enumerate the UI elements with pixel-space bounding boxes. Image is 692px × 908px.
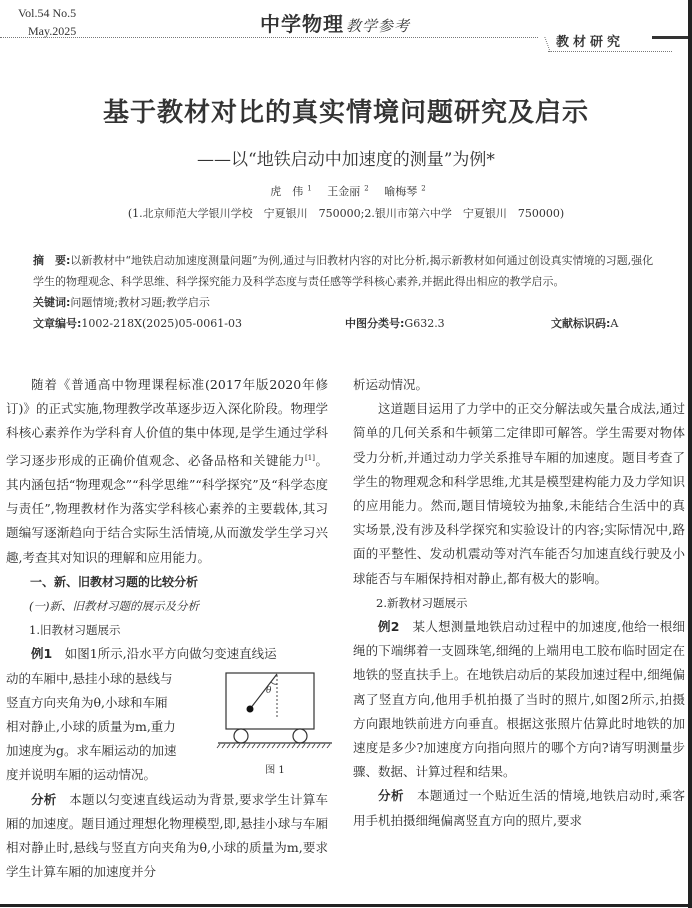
abstract-text: 以新教材中“地铁启动加速度测量问题”为例,通过与旧教材内容的对比分析,揭示新教材…: [33, 254, 653, 288]
clc-value: G632.3: [404, 317, 444, 330]
page-right-border: [688, 0, 692, 908]
example-2: 例2 某人想测量地铁启动过程中的加速度,他给一根细绳的下端绑着一支圆珠笔,细绳的…: [353, 615, 685, 784]
author-name: 虎 伟: [270, 185, 303, 198]
analysis-1: 分析 本题以匀变速直线运动为背景,要求学生计算车厢的加速度。题目通过理想化物理模…: [6, 788, 328, 885]
intro-text-cont: 。其内涵包括“物理观念”“科学思维”“科学探究”及“科学态度与责任”,物理教材作…: [6, 453, 328, 565]
abstract-label: 摘 要:: [33, 254, 70, 267]
document-code-value: A: [610, 317, 618, 330]
author-name: 喻梅琴: [384, 185, 417, 198]
angle-label: θ: [266, 686, 272, 696]
clc-number: 中图分类号:G632.3: [345, 313, 445, 334]
example-1-label: 例1: [31, 646, 52, 661]
abstract: 摘 要:以新教材中“地铁启动加速度测量问题”为例,通过与旧教材内容的对比分析,揭…: [33, 250, 663, 292]
discussion-paragraph: 这道题目运用了力学中的正交分解法或矢量合成法,通过简单的几何关系和牛顿第二定律即…: [353, 397, 685, 591]
document-code-label: 文献标识码:: [551, 317, 610, 330]
author: 虎 伟1: [266, 185, 311, 198]
article-title: 基于教材对比的真实情境问题研究及启示: [0, 92, 692, 129]
keywords-text: 问题情境;教材习题;教学启示: [70, 296, 209, 309]
header-divider-step: [535, 37, 550, 52]
journal-logo: 中学物理教学参考: [260, 8, 410, 37]
citation-ref: [1]: [305, 454, 315, 462]
journal-page: Vol.54 No.5 May.2025 中学物理教学参考 教材研究 基于教材对…: [0, 0, 692, 908]
example-1-line: 加速度为g。求车厢运动的加速: [6, 739, 196, 763]
section-heading-3: 1.旧教材习题展示: [6, 618, 328, 642]
example-1-line: 相对静止,小球的质量为m,重力: [6, 715, 196, 739]
author-name: 王金丽: [327, 185, 360, 198]
section-bar: [652, 36, 692, 39]
header-divider-lower: [548, 51, 672, 52]
author-list: 虎 伟1 王金丽2 喻梅琴2: [0, 183, 692, 199]
keywords: 关键词:问题情境;教材习题;教学启示: [33, 292, 663, 313]
section-heading-1: 一、新、旧教材习题的比较分析: [6, 570, 328, 594]
paragraph-continuation: 析运动情况。: [353, 373, 685, 397]
section-label: 教材研究: [556, 31, 624, 50]
keywords-label: 关键词:: [33, 296, 70, 309]
example-1-with-figure: 动的车厢中,悬挂小球的悬线与 竖直方向夹角为θ,小球和车厢 相对静止,小球的质量…: [6, 667, 328, 788]
figure-1: θ 图 1: [216, 669, 334, 779]
affiliations: (1.北京师范大学银川学校 宁夏银川 750000;2.银川市第六中学 宁夏银川…: [0, 205, 692, 221]
section-heading-2: (一)新、旧教材习题的展示及分析: [6, 594, 328, 618]
author-affiliation-mark: 1: [307, 184, 311, 192]
example-1-line: 竖直方向夹角为θ,小球和车厢: [6, 691, 196, 715]
intro-text: 随着《普通高中物理课程标准(2017年版2020年修订)》的正式实施,物理教学改…: [6, 377, 328, 468]
figure-1-caption: 图 1: [216, 765, 334, 777]
author: 喻梅琴2: [380, 185, 425, 198]
left-column: 随着《普通高中物理课程标准(2017年版2020年修订)》的正式实施,物理教学改…: [6, 373, 328, 884]
analysis-label: 分析: [31, 792, 56, 807]
cart-pendulum-diagram-icon: θ: [216, 669, 334, 765]
author-affiliation-mark: 2: [364, 184, 368, 192]
example-1-first-line: 例1 如图1所示,沿水平方向做匀变速直线运: [6, 642, 328, 666]
clc-label: 中图分类号:: [345, 317, 404, 330]
author-affiliation-mark: 2: [421, 184, 425, 192]
document-code: 文献标识码:A: [551, 313, 618, 334]
right-column: 析运动情况。 这道题目运用了力学中的正交分解法或矢量合成法,通过简单的几何关系和…: [353, 373, 685, 833]
issue-date: May.2025: [18, 24, 76, 38]
article-number: 文章编号:1002-218X(2025)05-0061-03: [33, 313, 242, 334]
example-2-text: 某人想测量地铁启动过程中的加速度,他给一根细绳的下端绑着一支圆珠笔,细绳的上端用…: [353, 619, 685, 779]
example-1-text: 如图1所示,沿水平方向做匀变速直线运: [52, 646, 276, 661]
analysis-label: 分析: [378, 788, 404, 803]
article-meta: 文章编号:1002-218X(2025)05-0061-03 中图分类号:G63…: [33, 313, 663, 334]
analysis-2: 分析 本题通过一个贴近生活的情境,地铁启动时,乘客用手机拍摄细绳偏离竖直方向的照…: [353, 784, 685, 832]
page-bottom-border: [0, 904, 692, 907]
example-1-line: 度并说明车厢的运动情况。: [6, 763, 196, 787]
article-number-value: 1002-218X(2025)05-0061-03: [81, 317, 242, 330]
example-1-line: 动的车厢中,悬挂小球的悬线与: [6, 667, 196, 691]
article-number-label: 文章编号:: [33, 317, 81, 330]
journal-name: 中学物理: [260, 12, 344, 36]
journal-subname: 教学参考: [346, 17, 410, 35]
author: 王金丽2: [323, 185, 368, 198]
abstract-block: 摘 要:以新教材中“地铁启动加速度测量问题”为例,通过与旧教材内容的对比分析,揭…: [33, 250, 663, 334]
intro-paragraph: 随着《普通高中物理课程标准(2017年版2020年修订)》的正式实施,物理教学改…: [6, 373, 328, 570]
article-subtitle: ——以“地铁启动中加速度的测量”为例*: [0, 145, 692, 170]
section-heading-new-textbook: 2.新教材习题展示: [353, 591, 685, 615]
volume-number: Vol.54 No.5: [18, 6, 76, 20]
header-divider: [0, 37, 538, 38]
example-2-label: 例2: [378, 619, 399, 634]
issue-info: Vol.54 No.5 May.2025: [18, 6, 76, 38]
example-1-wrapped-text: 动的车厢中,悬挂小球的悬线与 竖直方向夹角为θ,小球和车厢 相对静止,小球的质量…: [6, 667, 196, 788]
